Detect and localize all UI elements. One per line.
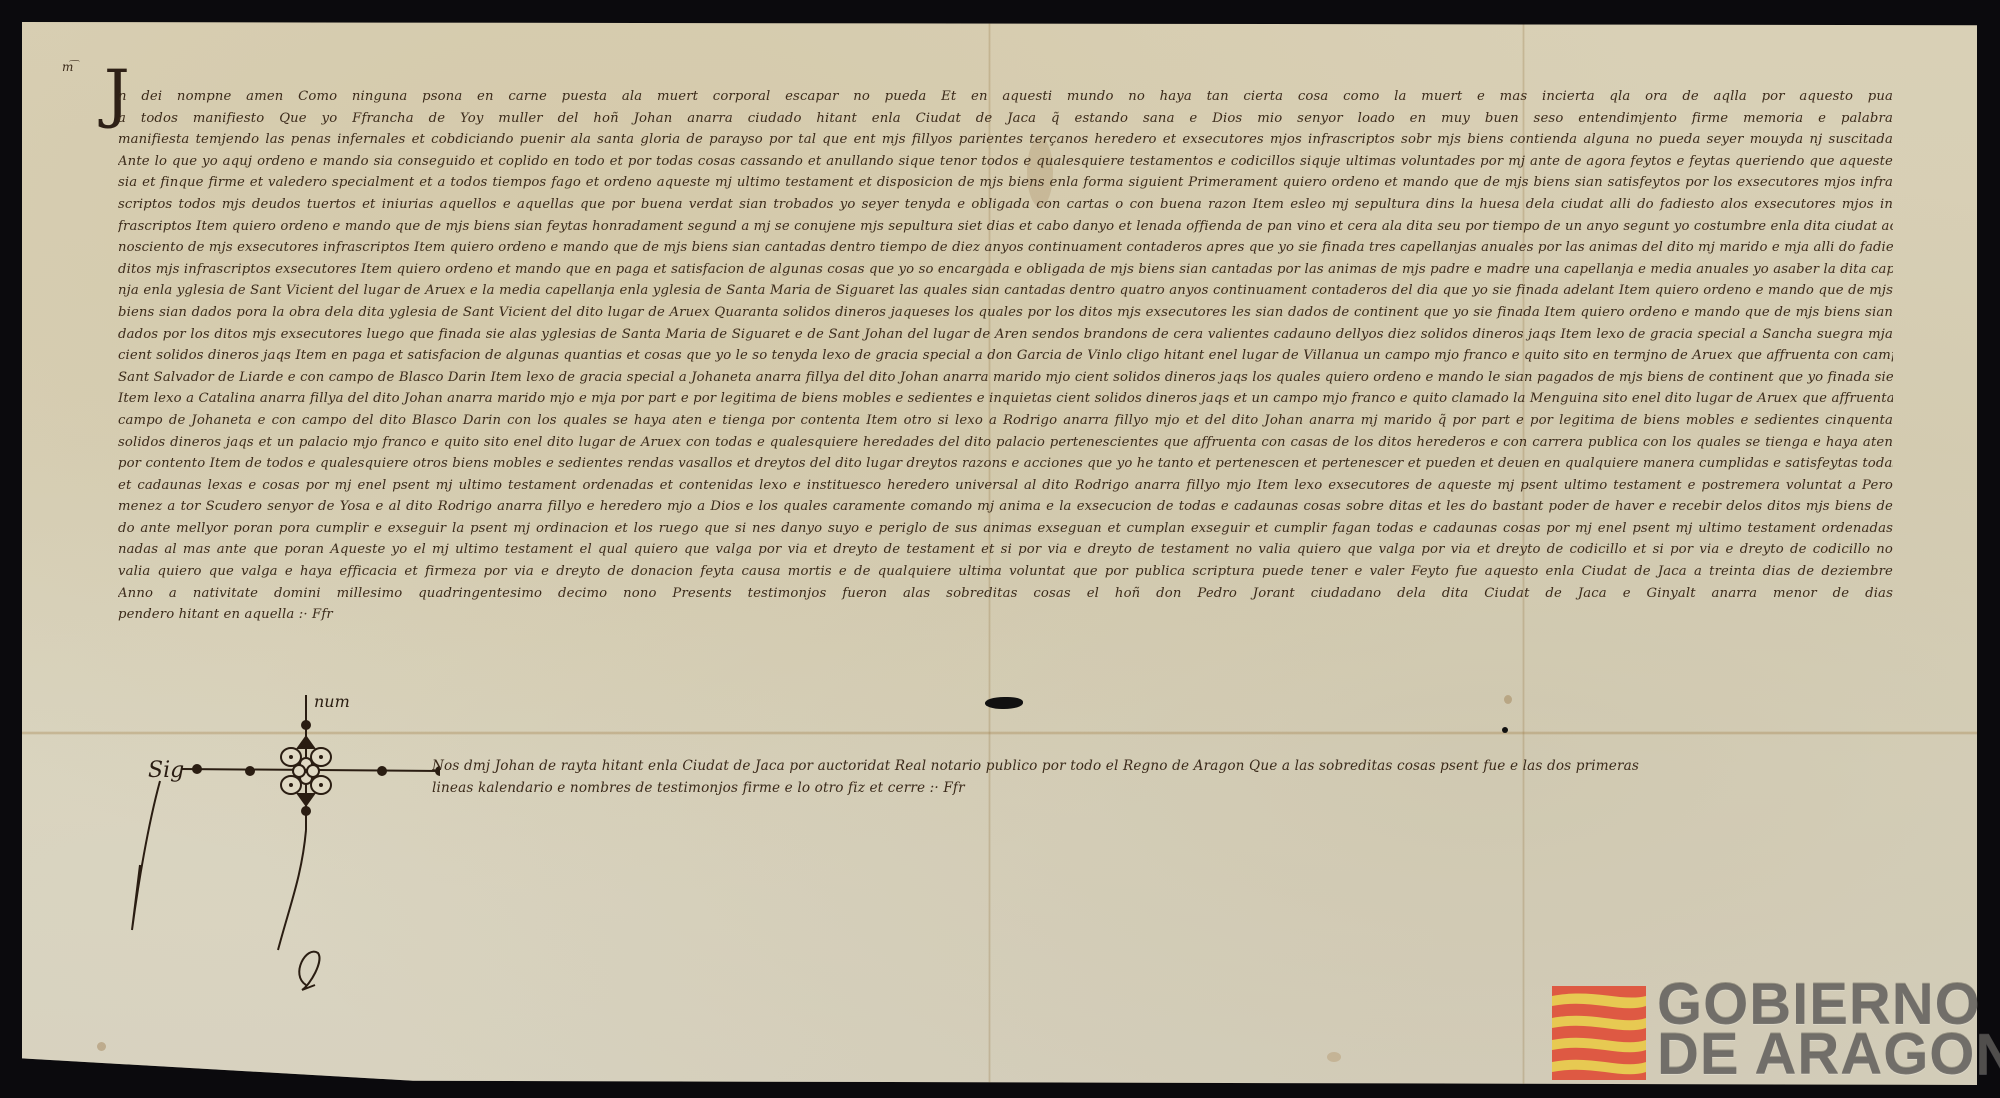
num-label: num (314, 692, 350, 711)
manuscript-line: Sant Salvador de Liarde e con campo de B… (118, 367, 1893, 389)
manuscript-line: manifiesta temjendo las penas infernales… (118, 129, 1893, 151)
manuscript-line: do ante mellyor poran pora cumplir e exs… (118, 518, 1893, 540)
stain (97, 1042, 106, 1051)
gobierno-de-aragon-watermark: GOBIERNO DE ARAGON (1552, 986, 1984, 1090)
manuscript-line: valia quiero que valga e haya efficacia … (118, 561, 1893, 583)
manuscript-line: dados por los ditos mjs exsecutores lueg… (118, 324, 1893, 346)
subscription-line: Nos dmj Johan de rayta hitant enla Ciuda… (432, 756, 1932, 778)
watermark-line-2: DE ARAGON (1657, 1030, 2000, 1080)
notary-subscription: Nos dmj Johan de rayta hitant enla Ciuda… (432, 756, 1932, 799)
manuscript-line: nosciento de mjs exsecutores infrascript… (118, 237, 1893, 259)
manuscript-line: nja enla yglesia de Sant Vicient del lug… (118, 280, 1893, 302)
manuscript-line: menez a tor Scudero senyor de Yosa e al … (118, 496, 1893, 518)
testament-text: n dei nompne amen Como ninguna psona en … (118, 86, 1893, 626)
ink-blot (985, 697, 1023, 709)
manuscript-line: Ante lo que yo aquj ordeno e mando sia c… (118, 151, 1893, 173)
ink-spot (1502, 727, 1508, 733)
manuscript-line: a todos manifiesto Que yo Ffrancha de Yo… (118, 108, 1893, 130)
manuscript-line: biens sian dados pora la obra dela dita … (118, 302, 1893, 324)
subscription-line: lineas kalendario e nombres de testimonj… (432, 778, 1932, 800)
watermark-text: GOBIERNO DE ARAGON (1657, 980, 2000, 1080)
manuscript-line: pendero hitant en aquella :· Ffr (118, 604, 1893, 626)
manuscript-line: Anno a nativitate domini millesimo quadr… (118, 583, 1893, 605)
margin-note: m͡ (62, 60, 73, 74)
aragon-flag-icon (1552, 986, 1646, 1080)
manuscript-line: por contento Item de todos e qualesquier… (118, 453, 1893, 475)
stain (1327, 1052, 1341, 1062)
manuscript-line: Item lexo a Catalina anarra fillya del d… (118, 388, 1893, 410)
manuscript-line: solidos dineros jaqs et un palacio mjo f… (118, 432, 1893, 454)
manuscript-line: sia et finque firme et valedero specialm… (118, 172, 1893, 194)
manuscript-line: cient solidos dineros jaqs Item en paga … (118, 345, 1893, 367)
manuscript-line: campo de Johaneta e con campo del dito B… (118, 410, 1893, 432)
notarial-sign-icon: Sig num (110, 685, 440, 1005)
manuscript-line: scriptos todos mjs deudos tuertos et ini… (118, 194, 1893, 216)
manuscript-line: nadas al mas ante que poran Aqueste yo e… (118, 539, 1893, 561)
manuscript-line: ditos mjs infrascriptos exsecutores Item… (118, 259, 1893, 281)
manuscript-line: n dei nompne amen Como ninguna psona en … (118, 86, 1893, 108)
stain (1504, 695, 1512, 704)
manuscript-line: et cadaunas lexas e cosas por mj enel ps… (118, 475, 1893, 497)
manuscript-line: frascriptos Item quiero ordeno e mando q… (118, 216, 1893, 238)
sig-label: Sig (148, 758, 184, 783)
